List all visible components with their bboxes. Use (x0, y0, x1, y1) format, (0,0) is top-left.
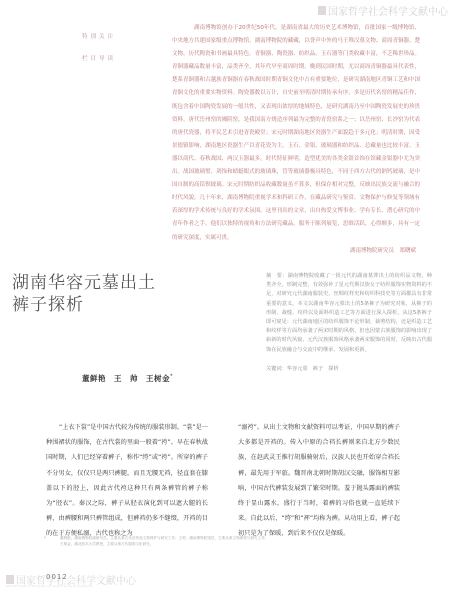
author-names: 董鲜艳 王 帅 王树金 (82, 374, 170, 383)
watermark-logo-icon (318, 6, 326, 15)
column-label-special: 特别关注 (82, 26, 116, 48)
footnote: * 董鲜艳，湖南博物院副研究员，主要从事古代纺织品文物保护与研究工作；王帅，湖南… (48, 535, 348, 547)
watermark-text: 国家哲学社会科学文献中心 (328, 3, 448, 18)
keywords-values: 华容元墓 裤子 探析 (287, 366, 339, 372)
abstract-label: 摘 要： (266, 273, 287, 279)
body-paragraph: “上衣下裳”是中国古代较为传统的服装形制。“裳”是一种围裙状的服饰，在古代裳的里… (46, 420, 208, 542)
abstract: 摘 要：湖南博物院收藏了一批元代的湖南墓葬出土的纺织品文物，种类齐全，形制完整，… (266, 272, 432, 374)
author-footnote-mark: * (170, 374, 173, 380)
watermark-subtext: National Center for Philosophy and Socia… (6, 585, 93, 588)
column-intro: 湖南博物馆创办于20世纪50年代，是湖南省最大的历史艺术博物馆，首批国家一级博物… (172, 22, 420, 258)
keywords: 关键词：华容元墓 裤子 探析 (266, 365, 432, 374)
body-column-left: “上衣下裳”是中国古代较为传统的服装形制。“裳”是一种围裙状的服饰，在古代裳的里… (46, 420, 208, 542)
body-paragraph: “溺袴”。从出土文物和文献资料可以考证，中国早期的裤子大多都是开裆的。传入中原的… (238, 420, 400, 542)
title-line-2: 裤子探析 (12, 294, 156, 316)
page-number: 0012 (46, 573, 68, 581)
intro-paragraph: 湖南博物馆创办于20世纪50年代，是湖南省最大的历史艺术博物馆，首批国家一级博物… (172, 22, 420, 245)
watermark-logo-icon (6, 575, 14, 584)
column-labels: 特别关注 栏目导读 (82, 26, 116, 70)
watermark-top: 国家哲学社会科学文献中心 (318, 3, 448, 18)
column-label-guide: 栏目导读 (82, 48, 116, 70)
title-line-1: 湖南华容元墓出土 (12, 272, 156, 294)
article-title: 湖南华容元墓出土 裤子探析 (12, 272, 156, 316)
body-column-right: “溺袴”。从出土文物和文献资料可以考证，中国早期的裤子大多都是开裆的。传入中原的… (238, 420, 400, 542)
abstract-text: 湖南博物院收藏了一批元代的湖南墓葬出土的纺织品文物，种类齐全，形制完整，有效弥补… (266, 273, 432, 353)
watermark-bottom: 国家哲学社会科学文献中心 National Center for Philoso… (6, 572, 136, 587)
footnote-line-2: 王树金，湖北技术大学教授，主要从事古代服饰文化研究。 (60, 541, 348, 547)
intro-signature: 湖南博物院研究员 郑曙斌 (172, 245, 420, 258)
article-authors: 董鲜艳 王 帅 王树金* (82, 373, 173, 384)
keywords-label: 关键词： (266, 366, 287, 372)
footnote-mark: * (44, 535, 46, 541)
